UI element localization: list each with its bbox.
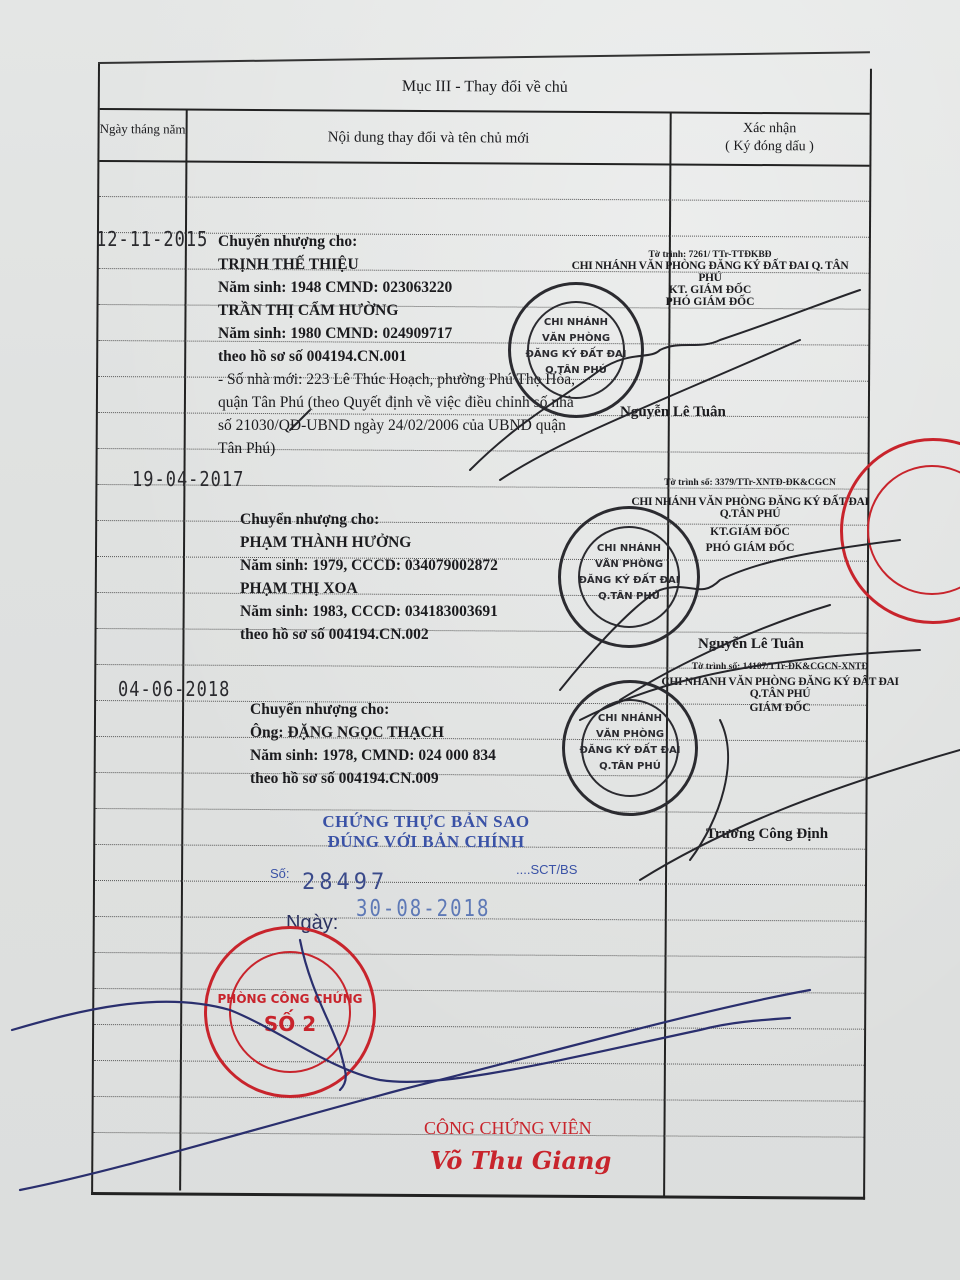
notary-office-stamp: PHÒNG CÔNG CHỨNG SỐ 2 [204,926,376,1098]
entry-content: Chuyển nhượng cho: Ông: ĐẶNG NGỌC THẠCH … [250,698,496,790]
certification-stamp: CHỨNG THỰC BẢN SAO ĐÚNG VỚI BẢN CHÍNH [276,812,576,852]
header-divider [99,160,869,167]
header-confirm-line2: ( Ký đóng dấu ) [671,138,867,157]
confirmation-block: Tờ trình số: 14107/TTr-ĐK&CGCN-XNTĐ CHI … [650,662,910,714]
office-stamp: CHI NHÁNH VĂN PHÒNG ĐĂNG KÝ ĐẤT ĐAI Q.TÂ… [562,680,698,816]
certification-book: ....SCT/BS [516,862,577,877]
column-divider [179,111,188,1191]
entry-content: Chuyển nhượng cho: PHẠM THÀNH HƯỞNG Năm … [240,508,498,646]
header-confirm-line1: Xác nhận [672,120,868,139]
signer-name: Trương Công Định [706,826,828,843]
signer-name: Nguyễn Lê Tuân [698,636,804,653]
office-stamp: CHI NHÁNH VĂN PHÒNG ĐĂNG KÝ ĐẤT ĐAI Q.TÂ… [508,282,644,418]
entry-date: 12-11-2015 [96,228,208,252]
header-date: Ngày tháng năm [100,122,186,137]
certification-number: 28497 [302,870,388,895]
section-title: Mục III - Thay đổi về chủ [100,76,870,99]
header-divider [100,108,870,115]
notary-name: Võ Thu Giang [430,1146,611,1175]
header-content: Nội dung thay đổi và tên chủ mới [188,129,670,149]
signer-name: Nguyễn Lê Tuân [620,404,726,421]
office-stamp: CHI NHÁNH VĂN PHÒNG ĐĂNG KÝ ĐẤT ĐAI Q.TÂ… [558,506,700,648]
certification-date: 30-08-2018 [356,896,490,922]
entry-date: 04-06-2018 [118,678,230,702]
entry-date: 19-04-2017 [132,468,244,492]
header-confirm: Xác nhận ( Ký đóng dấu ) [671,120,867,157]
table-top-border [98,51,870,64]
certification-number-label: Số: [270,866,290,881]
notary-title: CÔNG CHỨNG VIÊN [424,1118,592,1139]
